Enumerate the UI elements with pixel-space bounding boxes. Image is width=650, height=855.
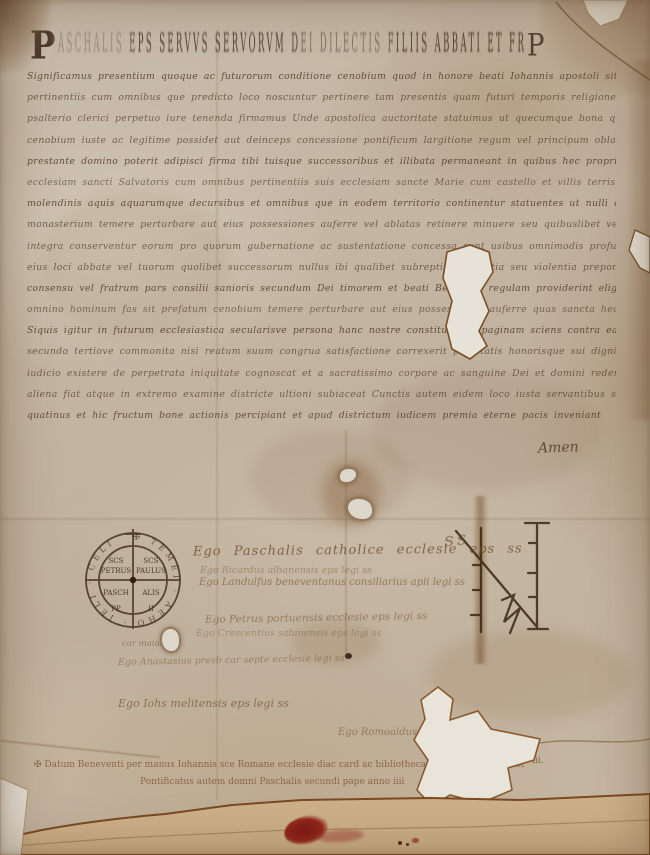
rota-quadrant-text: PASCH xyxy=(103,589,128,597)
pontificatus-line: Pontificatus autem domni Paschalis secun… xyxy=(140,777,404,787)
parchment-charter: P ASCHALIS EPS SERVVS SERVORVM DEI DILEC… xyxy=(0,0,650,855)
tear-line xyxy=(540,739,650,743)
stain xyxy=(322,460,380,526)
wax-stain xyxy=(318,828,365,843)
cardinal-subscription: Ego Romoaldus xyxy=(338,727,417,738)
rota-quadrant-text: SCS xyxy=(144,557,159,565)
worm-hole xyxy=(346,497,374,521)
stain xyxy=(430,630,630,720)
ink-blot xyxy=(345,653,352,659)
wax-stain xyxy=(282,813,329,847)
script-line: iudicio existere de perpetrata iniquitat… xyxy=(27,363,616,384)
terminal-letter: P xyxy=(527,28,545,64)
script-line: omnino hominum fas sit prefatum cenobium… xyxy=(27,299,616,320)
tear-hole xyxy=(629,230,650,273)
tear-hole xyxy=(583,0,628,26)
tear-hole xyxy=(0,778,28,855)
bene-valete-monogram xyxy=(440,505,552,640)
cardinal-subscription: Ego Petrus portuensis ecclesie eps legi … xyxy=(205,610,428,626)
cardinal-subscription: Ego Anastasius presb car septe ecclesie … xyxy=(118,653,345,668)
script-line: ecclesiam sancti Salvatoris cum omnibus … xyxy=(27,172,616,193)
script-line: aliena fiat atque in extremo examine dis… xyxy=(27,384,616,405)
script-line: monasterium temere perturbare aut eius p… xyxy=(27,214,616,235)
papal-rota: SCS PETRUS SCS PAULUS PASCH ALIS PP II ✠… xyxy=(72,517,198,649)
datum-line-end: lii. xyxy=(532,756,544,766)
cardinal-subscription: car maiar xyxy=(122,639,164,649)
script-line: Significamus presentium quoque ac futuro… xyxy=(27,66,616,87)
rota-quadrant-text: ALIS xyxy=(141,589,159,597)
rota-quadrant-text: PETRUS xyxy=(101,567,132,575)
plica-fold xyxy=(0,794,650,855)
monogram-right-ticks xyxy=(528,543,537,597)
rota-center-dot xyxy=(130,577,136,583)
script-line: psalterio clerici perpetuo iure tenenda … xyxy=(27,108,616,129)
elongated-script: ASCHALIS EPS SERVVS SERVORVM DEI DILECTI… xyxy=(58,30,526,61)
script-line: quatinus et hic fructum bone actionis pe… xyxy=(27,405,616,426)
plica-fold-line xyxy=(0,820,650,847)
charter-body-text: Significamus presentium quoque ac futuro… xyxy=(27,66,616,426)
cardinal-subscription: Ego Ricardus albanensis eps legi ss xyxy=(200,565,372,576)
cardinal-subscription: Ego Crescentius sabinensis eps legi ss xyxy=(196,628,381,639)
script-line: eius loci abbate vel tuorum quolibet suc… xyxy=(27,257,616,278)
script-line: molendinis aquis aquarumque decursibus e… xyxy=(27,193,616,214)
monogram-left-ticks xyxy=(471,565,481,615)
rota-quadrant-text: SCS xyxy=(109,557,124,565)
edge-stain xyxy=(626,60,650,420)
script-line: integra conserventur eorum pro quorum gu… xyxy=(27,236,616,257)
stain xyxy=(250,430,410,525)
script-line: secundo tertiove commonita nisi reatum s… xyxy=(27,341,616,362)
rota-quadrant-text: PP xyxy=(111,605,121,613)
wax-stain xyxy=(412,838,419,843)
initial-letter: P xyxy=(30,24,56,69)
opening-protocol-line: P ASCHALIS EPS SERVVS SERVORVM DEI DILEC… xyxy=(30,24,630,68)
cardinal-subscription: Ego Iohs melitensis eps legi ss xyxy=(118,697,289,710)
ink-speck xyxy=(398,841,402,845)
script-line: prestante domino poterit adipisci firma … xyxy=(27,151,616,172)
worm-hole xyxy=(338,467,358,484)
fold-crease-diagonal xyxy=(0,740,159,759)
script-line: consensu vel fratrum pars consilii sanio… xyxy=(27,278,616,299)
tear-hole xyxy=(414,687,540,806)
script-line: cenobium iuste ac legitime possidet aut … xyxy=(27,130,616,151)
ink-speck xyxy=(406,843,409,846)
monogram-zigzag xyxy=(502,595,520,633)
closing-amen: Amen xyxy=(538,439,579,456)
rota-quadrant-text: II xyxy=(148,605,154,613)
script-line: pertinentiis cum omnibus que predicto lo… xyxy=(27,87,616,108)
cardinal-subscription: Ego Landulfus beneventanus consiliarius … xyxy=(199,577,465,588)
datum-line: ✠ Datum Beneventi per manus Iohannis sce… xyxy=(34,760,524,770)
script-line: Siquis igitur in futurum ecclesiastica s… xyxy=(27,320,616,341)
rota-quadrant-text: PAULUS xyxy=(136,567,166,575)
papal-subscription: Ego Paschalis catholice ecclesie eps ss xyxy=(193,542,523,560)
